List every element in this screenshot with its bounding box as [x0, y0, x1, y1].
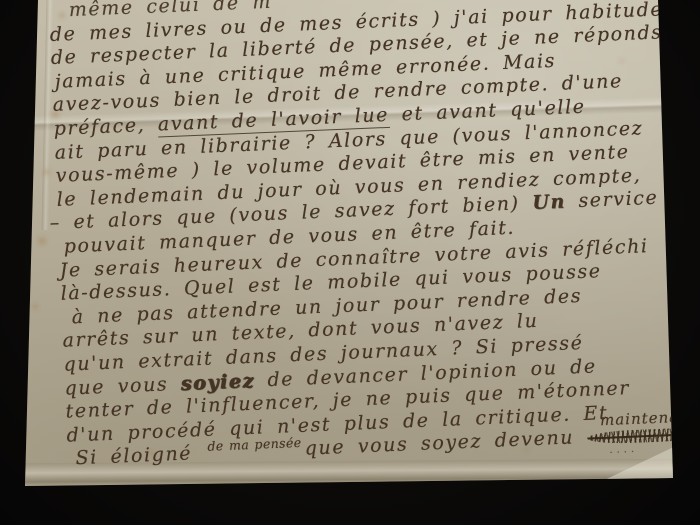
paper-stain — [31, 303, 39, 310]
paper-stain — [36, 236, 48, 246]
struck-out-word: maintenant..... — [586, 421, 700, 450]
letter-photograph: même celui de m de mes livres ou de mes … — [0, 0, 700, 525]
correction-word: maintenant. — [600, 405, 700, 433]
handwritten-text: même celui de m de mes livres ou de mes … — [48, 0, 679, 471]
ink-blotted-word: soyiez — [180, 369, 255, 394]
letter-paper: même celui de m de mes livres ou de mes … — [0, 0, 700, 525]
inserted-phrase: de ma pensée — [207, 435, 302, 454]
paper-stain — [42, 168, 51, 176]
overwritten-word: Un — [532, 191, 566, 214]
ink-dots: .... — [609, 438, 639, 463]
